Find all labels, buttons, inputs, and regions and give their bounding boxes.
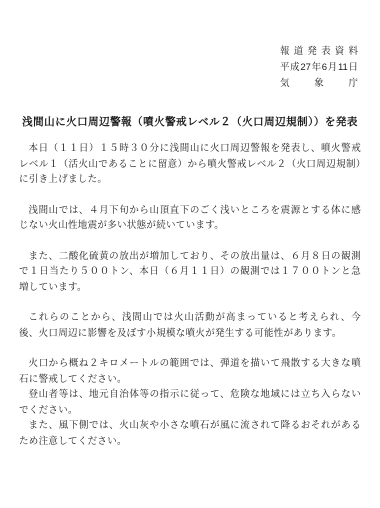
doc-type-label: 報道発表資料 bbox=[280, 44, 358, 60]
paragraph-ballistic-warning: 火口から概ね２キロメートルの範囲では、弾道を描いて飛散する大きな噴石に警戒してく… bbox=[19, 356, 361, 387]
paragraph-so2-emission: また、二酸化硫黄の放出が増加しており、その放出量は、６月８日の観測で１日当たり５… bbox=[19, 249, 361, 296]
release-date: 平成27年6月11日 bbox=[280, 60, 358, 76]
paragraph-ashfall-notice: また、風下側では、火山灰や小さな噴石が風に流されて降るおそれがあるため注意してく… bbox=[19, 418, 361, 449]
paragraph-climber-notice: 登山者等は、地元自治体等の指示に従って、危険な地域には立ち入らないでください。 bbox=[19, 387, 361, 418]
agency-name: 気象庁 bbox=[280, 76, 358, 92]
document-title: 浅間山に火口周辺警報（噴火警戒レベル２（火口周辺規制））を発表 bbox=[6, 114, 374, 129]
document-header: 報道発表資料 平成27年6月11日 気象庁 bbox=[280, 44, 358, 92]
document-body: 本日（１１日）１５時３０分に浅間山に火口周辺警報を発表し、噴火警戒レベル１（活火… bbox=[19, 141, 361, 449]
paragraph-warning-announcement: 本日（１１日）１５時３０分に浅間山に火口周辺警報を発表し、噴火警戒レベル１（活火… bbox=[19, 141, 361, 188]
paragraph-eruption-possibility: これらのことから、浅間山では火山活動が高まっていると考えられ、今後、火口周辺に影… bbox=[19, 310, 361, 341]
press-release-document: 報道発表資料 平成27年6月11日 気象庁 浅間山に火口周辺警報（噴火警戒レベル… bbox=[0, 0, 380, 508]
paragraph-volcanic-seismicity: 浅間山では、４月下旬から山頂直下のごく浅いところを震源とする体に感じない火山性地… bbox=[19, 203, 361, 234]
